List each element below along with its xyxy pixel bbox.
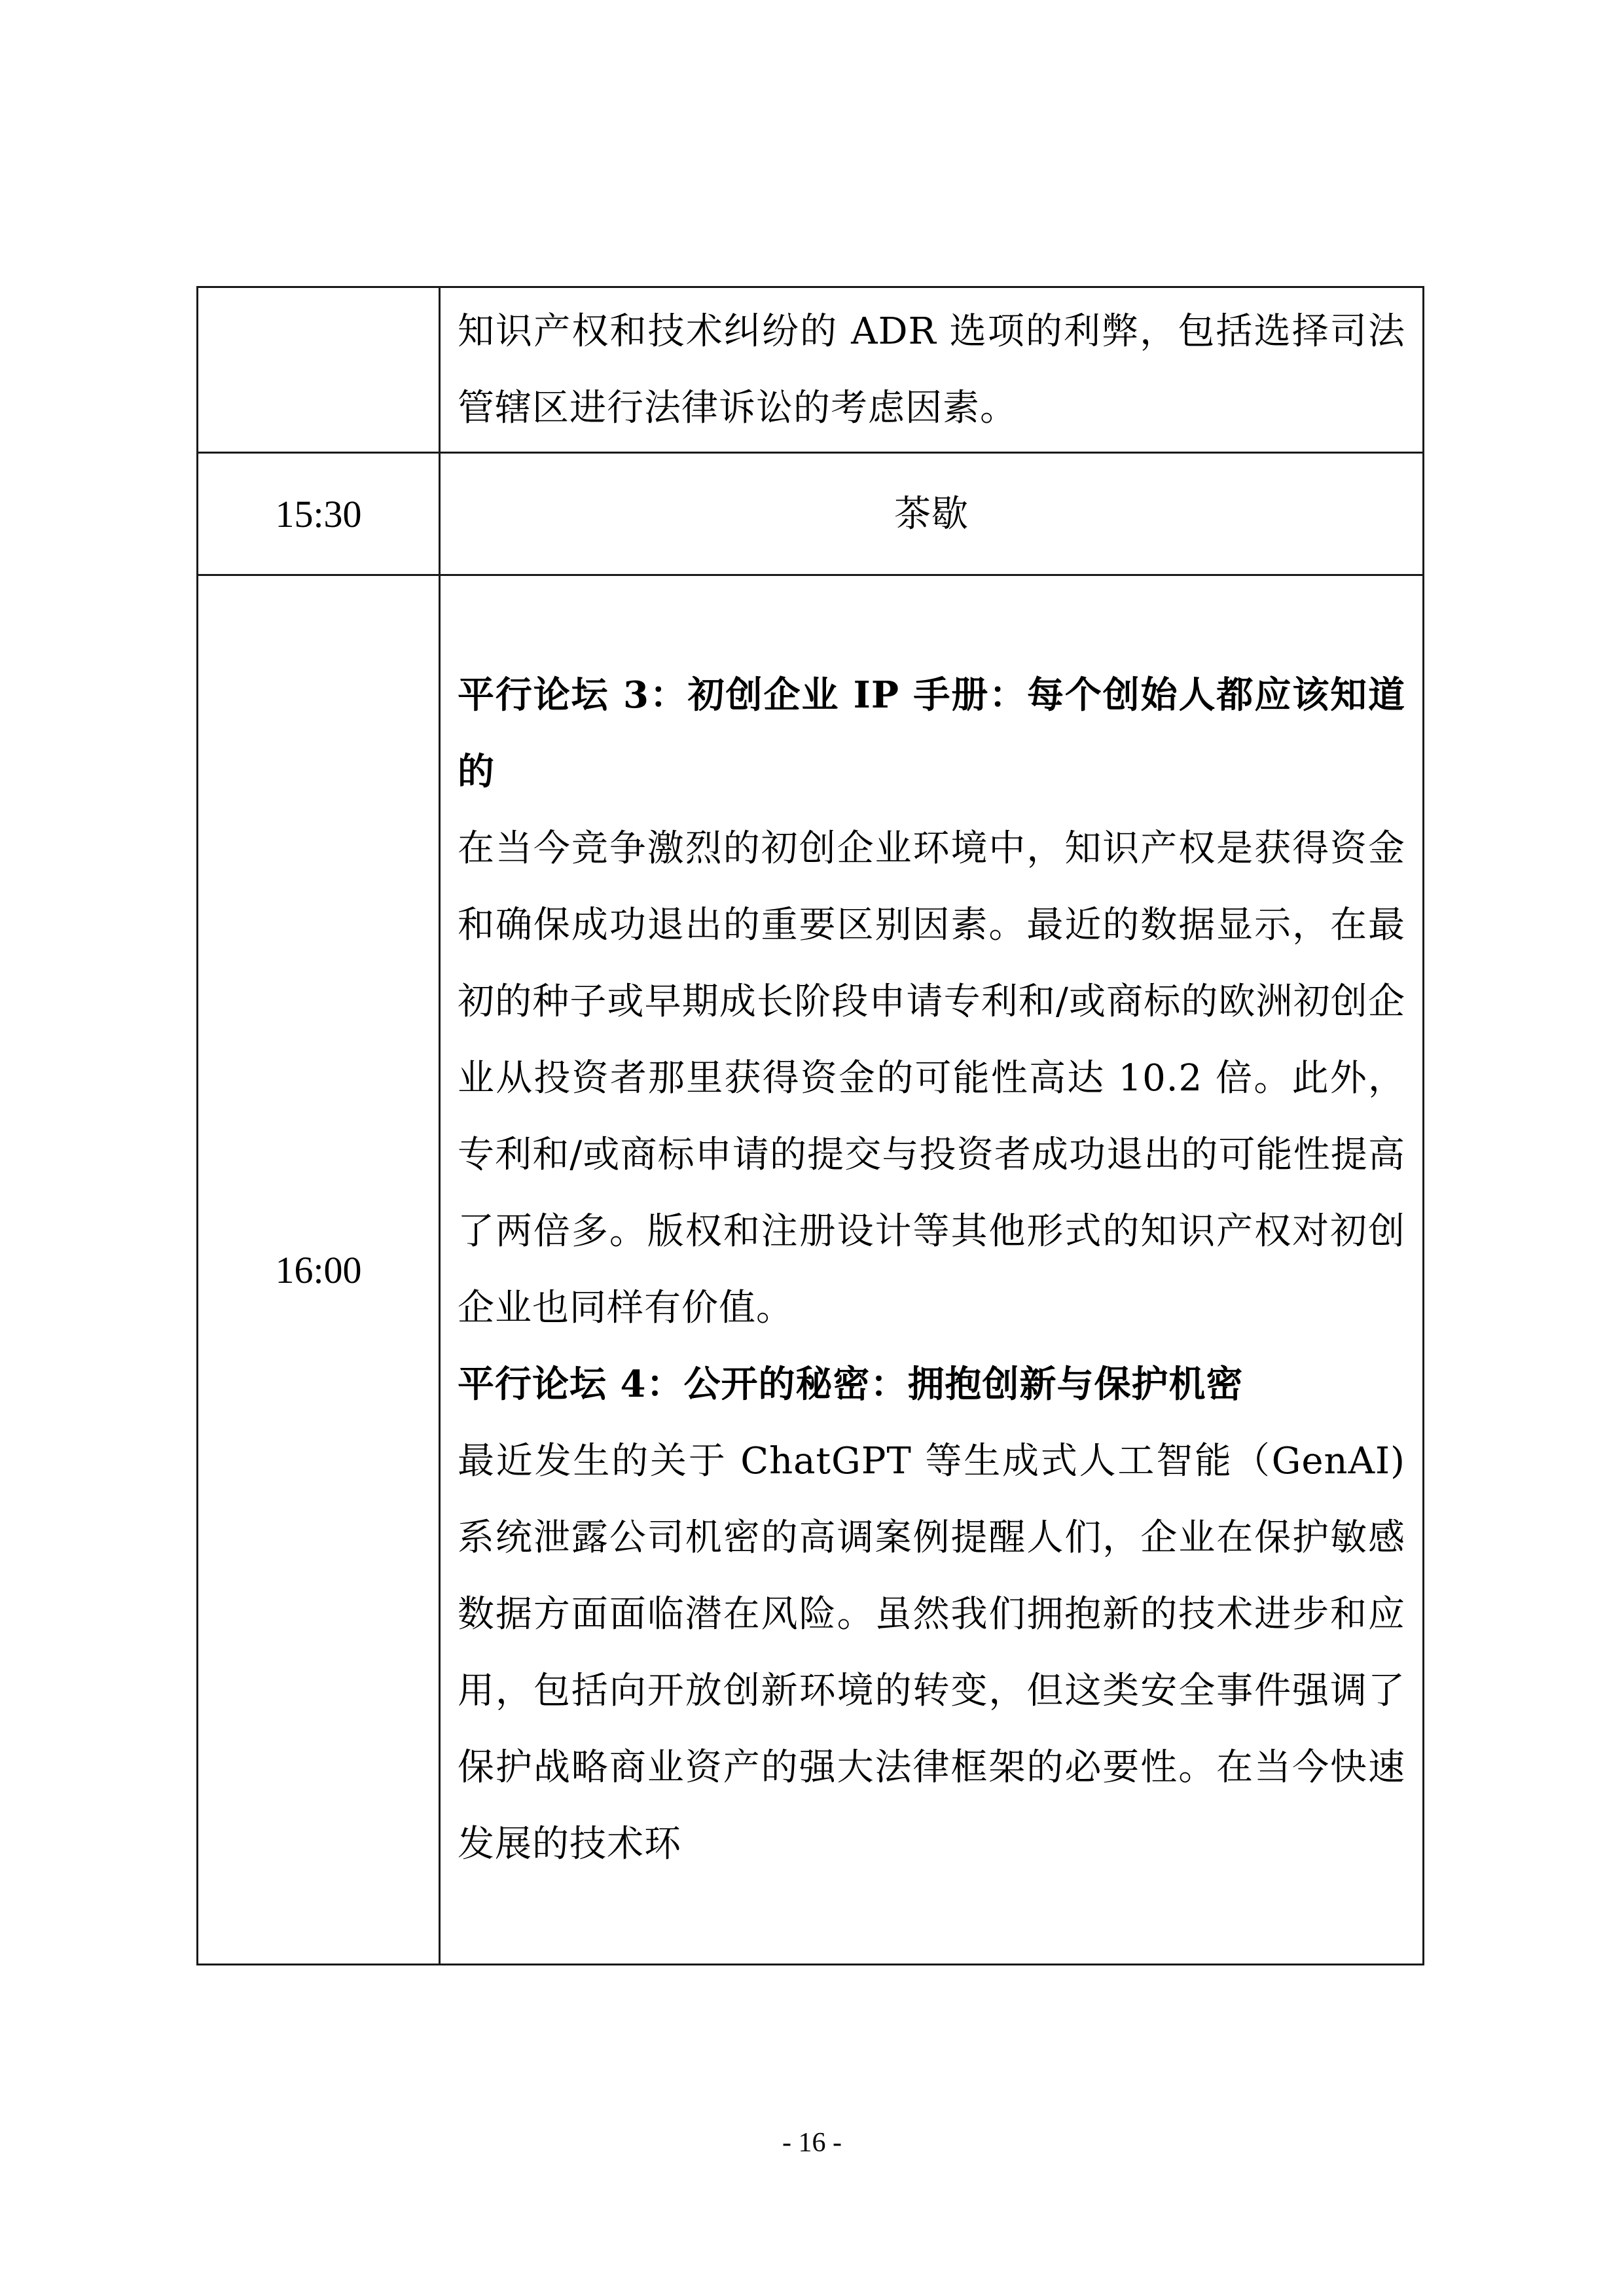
- session-description: 知识产权和技术纠纷的 ADR 选项的利弊，包括选择司法管辖区进行法律诉讼的考虑因…: [440, 287, 1424, 453]
- time-cell: [198, 287, 440, 453]
- forum-3-title: 平行论坛 3：初创企业 IP 手册：每个创始人都应该知道的: [458, 657, 1405, 810]
- time-cell: 16:00: [198, 575, 440, 1965]
- time-cell: 15:30: [198, 453, 440, 575]
- session-content: 平行论坛 3：初创企业 IP 手册：每个创始人都应该知道的 在当今竞争激烈的初创…: [440, 575, 1424, 1965]
- forum-3-description: 在当今竞争激烈的初创企业环境中，知识产权是获得资金和确保成功退出的重要区别因素。…: [458, 810, 1405, 1346]
- agenda-row-continuation: 知识产权和技术纠纷的 ADR 选项的利弊，包括选择司法管辖区进行法律诉讼的考虑因…: [198, 287, 1424, 453]
- agenda-table: 知识产权和技术纠纷的 ADR 选项的利弊，包括选择司法管辖区进行法律诉讼的考虑因…: [196, 286, 1424, 1965]
- session-title: 茶歇: [440, 453, 1424, 575]
- agenda-row-parallel-forums: 16:00 平行论坛 3：初创企业 IP 手册：每个创始人都应该知道的 在当今竞…: [198, 575, 1424, 1965]
- agenda-row-tea-break: 15:30 茶歇: [198, 453, 1424, 575]
- page-number: - 16 -: [0, 2127, 1624, 2159]
- forum-4-description: 最近发生的关于 ChatGPT 等生成式人工智能（GenAI)系统泄露公司机密的…: [458, 1423, 1405, 1882]
- forum-4-title: 平行论坛 4：公开的秘密：拥抱创新与保护机密: [458, 1346, 1405, 1423]
